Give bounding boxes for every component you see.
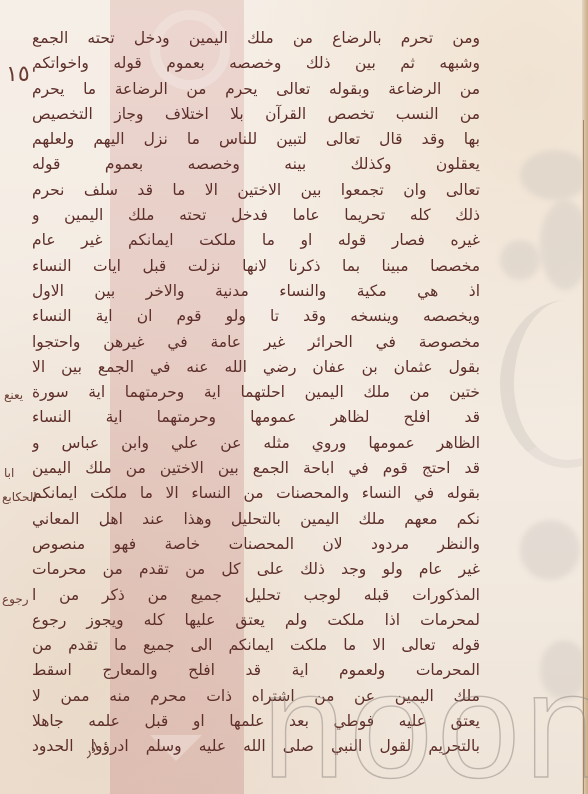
text-line: قد احتج قوم في اباحة الجمع بين الاختين م… — [32, 456, 480, 481]
text-line: من النسب تخصص القرآن بلا اختلاف وجاز الت… — [32, 102, 480, 127]
text-line: يعقلون وكذلك بينه وخصصه بعموم قوله — [32, 152, 480, 177]
text-line: الظاهر عمومها وروي مثله عن علي وابن عباس… — [32, 431, 480, 456]
crescent-watermark-icon — [500, 300, 588, 468]
text-line: بها وقد قال تعالى لتبين للناس ما نزل الي… — [32, 127, 480, 152]
page-number: ١٥ — [6, 62, 30, 87]
ink-bleed-stain — [520, 520, 580, 580]
text-line: غير عام ولو وجد ذلك على كل من تقدم من مح… — [32, 557, 480, 582]
text-line: مخصوصة في الحرائر غير عامة في غيرهن واحت… — [32, 330, 480, 355]
text-line: مخصصا مبينا بما ذكرنا لانها نزلت قبل ايا… — [32, 254, 480, 279]
manuscript-page: ١٥ ومن تحرم بالرضاع من ملك اليمين ودخل ت… — [0, 0, 588, 794]
text-line: لمحرمات اذا ملكت ولم يعتق عليها كله ويجو… — [32, 608, 480, 633]
ink-bleed-stain — [520, 150, 588, 200]
margin-note: الحكابع — [2, 490, 37, 504]
watermark-text: noonin — [262, 650, 588, 794]
margin-note: ابا — [4, 466, 14, 480]
margin-note: يعنع — [4, 388, 23, 402]
text-line: بقول عثمان بن عفان رضي الله عنه في الجمع… — [32, 355, 480, 380]
text-line: غيره فصار قوله او ما ملكت ايمانكم غير عا… — [32, 228, 480, 253]
text-line: من الرضاعة وبقوله تعالى يحرم من الرضاعة … — [32, 77, 480, 102]
text-line: قد افلح لظاهر عمومها وحرمتهما اية النساء — [32, 405, 480, 430]
margin-note: رجوع — [2, 592, 29, 606]
ink-bleed-stain — [500, 240, 540, 280]
text-line: ومن تحرم بالرضاع من ملك اليمين ودخل تحته… — [32, 26, 480, 51]
ink-bleed-stain — [540, 200, 588, 290]
text-line: ويخصصه وينسخه وقد تا ولو قوم ان اية النس… — [32, 304, 480, 329]
text-line: اذ هي مكية والنساء مدنية والاخر بين الاو… — [32, 279, 480, 304]
text-line: نكم معهم ملك اليمين بالتحليل وهذا عند اه… — [32, 507, 480, 532]
text-line: وشبهه ثم بين ذلك وخصصه بعموم قوله واخوات… — [32, 51, 480, 76]
text-line: بقوله في النساء والمحصنات من النساء الا … — [32, 481, 480, 506]
text-line: ذلك كله تحريما عاما فدخل تحته ملك اليمين… — [32, 203, 480, 228]
text-line: المذكورات قبله لوجب تحليل جميع من ذكر من… — [32, 583, 480, 608]
text-line: تعالى وان تجمعوا بين الاختين الا ما قد س… — [32, 178, 480, 203]
text-line: ختين من ملك اليمين احلتهما اية وحرمتهما … — [32, 380, 480, 405]
text-line: والنظر مردود لان المحصنات خاصة فهو منصوص — [32, 532, 480, 557]
